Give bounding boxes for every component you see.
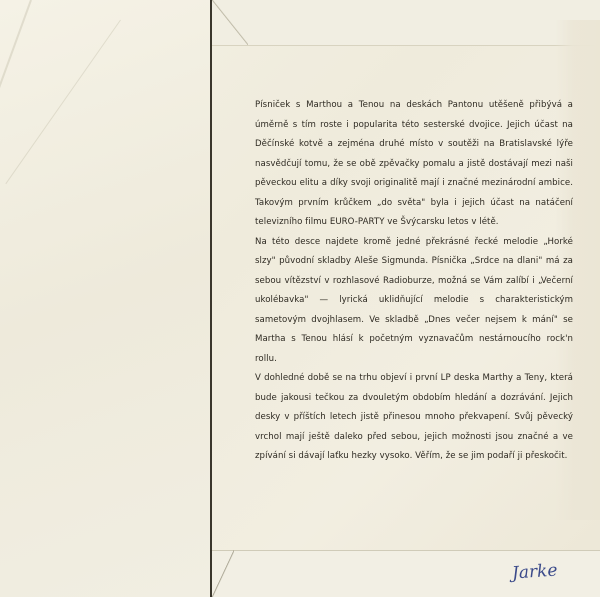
- top-flap-edge: [212, 0, 248, 45]
- bottom-flap-edge: [212, 550, 234, 597]
- liner-paragraph-3: V dohledné době se na trhu objeví i prvn…: [255, 369, 573, 467]
- handwritten-signature: Jarke: [511, 560, 558, 583]
- record-sleeve: Písniček s Marthou a Tenou na deskách Pa…: [0, 0, 600, 597]
- top-flap: [212, 0, 600, 46]
- left-sleeve-panel: [0, 0, 210, 597]
- liner-notes: Písniček s Marthou a Tenou na deskách Pa…: [255, 96, 573, 467]
- sleeve-fold-line: [210, 0, 212, 597]
- liner-paragraph-1: Písniček s Marthou a Tenou na deskách Pa…: [255, 96, 573, 233]
- liner-paragraph-2: Na této desce najdete kromě jedné překrá…: [255, 233, 573, 370]
